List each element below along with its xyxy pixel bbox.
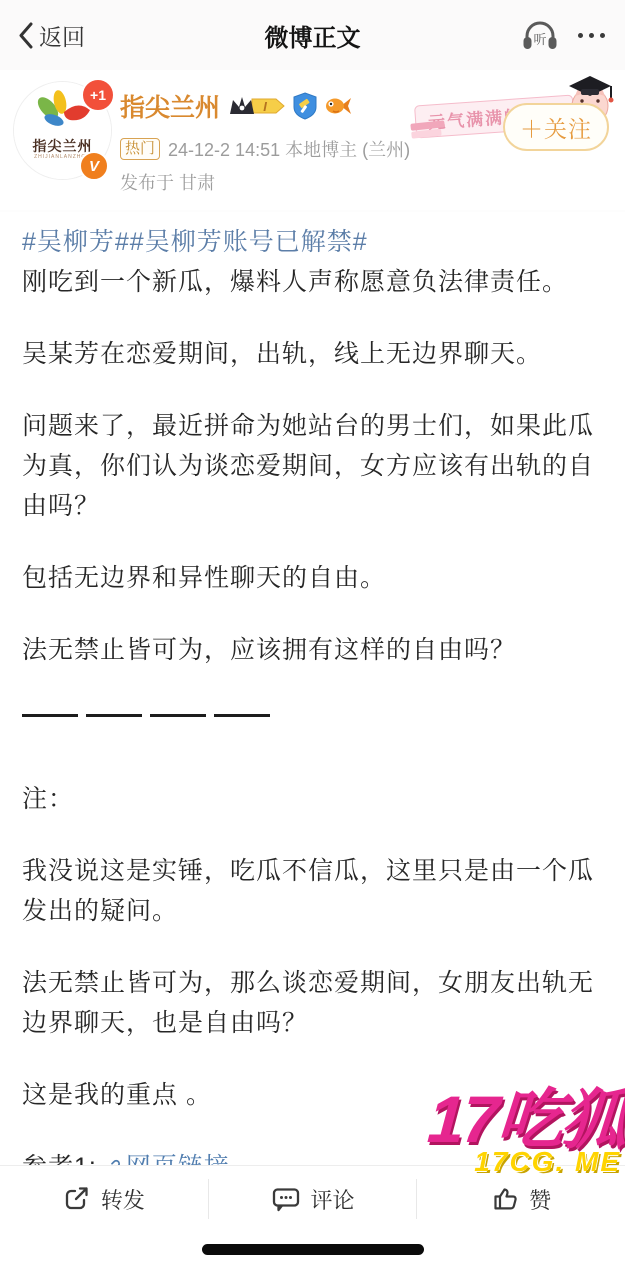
hashtag-link[interactable]: #吴柳芳##吴柳芳账号已解禁# bbox=[22, 222, 603, 262]
repost-button[interactable]: 转发 bbox=[0, 1166, 208, 1232]
home-indicator[interactable] bbox=[202, 1244, 424, 1255]
follow-button[interactable]: ＋关注 bbox=[503, 103, 609, 151]
post-paragraph: 包括无边界和异性聊天的自由。 bbox=[22, 558, 603, 598]
web-link[interactable]: 网页链接 bbox=[103, 1147, 230, 1166]
repost-icon bbox=[63, 1185, 91, 1213]
web-link-label: 网页链接 bbox=[126, 1147, 230, 1166]
username[interactable]: 指尖兰州 bbox=[120, 88, 220, 124]
post-paragraph: 我没说这是实锤，吃瓜不信瓜，这里只是由一个瓜发出的疑问。 bbox=[22, 851, 603, 931]
plus-one-badge: +1 bbox=[81, 78, 115, 112]
post-paragraph: 刚吃到一个新瓜，爆料人声称愿意负法律责任。 bbox=[22, 262, 603, 302]
top-nav-bar: 返回 微博正文 听 bbox=[0, 0, 625, 71]
reference-line: 参考1:网页链接 bbox=[22, 1147, 603, 1166]
listen-headphone-icon[interactable]: 听 bbox=[520, 17, 560, 53]
back-chevron-icon bbox=[18, 22, 33, 49]
svg-text:听: 听 bbox=[533, 32, 546, 47]
svg-text:I: I bbox=[263, 99, 267, 114]
post-meta: 24-12-2 14:51 本地博主 (兰州) bbox=[168, 136, 410, 162]
like-label: 赞 bbox=[529, 1184, 551, 1215]
koi-fish-icon bbox=[325, 95, 353, 117]
bottom-action-bar: 转发 评论 赞 bbox=[0, 1165, 625, 1232]
post-paragraph: 问题来了，最近拼命为她站台的男士们，如果此瓜为真，你们认为谈恋爱期间，女方应该有… bbox=[22, 406, 603, 526]
hot-badge: 热门 bbox=[120, 138, 160, 160]
post-paragraph: 注： bbox=[22, 779, 603, 819]
post-body: #吴柳芳##吴柳芳账号已解禁#刚吃到一个新瓜，爆料人声称愿意负法律责任。吴某芳在… bbox=[0, 212, 625, 1166]
books-icon bbox=[410, 120, 445, 138]
post-paragraph: 吴某芳在恋爱期间，出轨，线上无边界聊天。 bbox=[22, 334, 603, 374]
text-divider-line bbox=[22, 714, 603, 717]
crown-level-badge-icon: I bbox=[227, 93, 285, 119]
more-menu-icon[interactable] bbox=[578, 33, 605, 38]
published-location: 发布于 甘肃 bbox=[120, 169, 410, 195]
post-paragraph: 法无禁止皆可为，那么谈恋爱期间，女朋友出轨无边界聊天，也是自由吗？ bbox=[22, 963, 603, 1043]
comment-icon bbox=[271, 1185, 301, 1213]
reference-label: 参考1: bbox=[22, 1147, 97, 1166]
home-gesture-area bbox=[0, 1232, 625, 1280]
verified-v-badge: V bbox=[79, 151, 109, 181]
comment-label: 评论 bbox=[311, 1184, 355, 1215]
comment-button[interactable]: 评论 bbox=[209, 1166, 417, 1232]
repost-label: 转发 bbox=[101, 1184, 145, 1215]
verified-shield-icon bbox=[292, 92, 318, 120]
post-paragraph: 法无禁止皆可为，应该拥有这样的自由吗？ bbox=[22, 630, 603, 670]
profile-header: 指尖兰州 ZHIJIANLANZHOU +1 V 指尖兰州 I bbox=[0, 70, 625, 210]
back-button[interactable]: 返回 bbox=[0, 19, 85, 52]
post-paragraph: 这是我的重点 。 bbox=[22, 1075, 603, 1115]
thumbs-up-icon bbox=[491, 1185, 519, 1213]
avatar[interactable]: 指尖兰州 ZHIJIANLANZHOU +1 V bbox=[14, 82, 111, 179]
like-button[interactable]: 赞 bbox=[417, 1166, 625, 1232]
back-label: 返回 bbox=[39, 19, 85, 52]
